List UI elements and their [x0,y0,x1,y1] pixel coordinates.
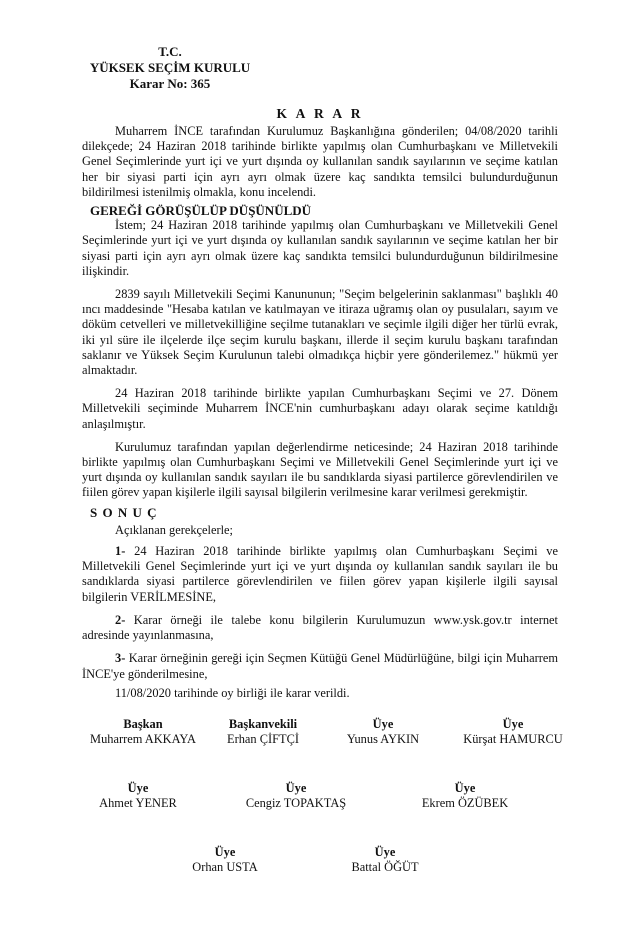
decision-item: 1- 24 Haziran 2018 tarihinde birlikte ya… [82,544,558,605]
signature-block: Başkan Muharrem AKKAYA [88,717,198,747]
signatory-name: Yunus AYKIN [338,732,428,747]
signatory-role: Üye [458,717,568,732]
section2-lead: Açıklanan gerekçelerle; [82,523,558,538]
signatory-role: Üye [180,845,270,860]
section1-paragraph: İstem; 24 Haziran 2018 tarihinde yapılmı… [82,218,558,279]
signatory-name: Kürşat HAMURCU [458,732,568,747]
signature-block: Üye Kürşat HAMURCU [458,717,568,747]
signatory-role: Üye [338,717,428,732]
intro-paragraph: Muharrem İNCE tarafından Kurulumuz Başka… [82,124,558,200]
signature-block: Üye Cengiz TOPAKTAŞ [236,781,356,811]
signatory-name: Ekrem ÖZÜBEK [410,796,520,811]
decision-number: 3- [115,651,125,665]
signatory-name: Erhan ÇİFTÇİ [218,732,308,747]
document-body: Muharrem İNCE tarafından Kurulumuz Başka… [82,124,558,701]
decision-text: Karar örneğinin gereği için Seçmen Kütüğ… [82,651,558,680]
signatory-role: Başkanvekili [218,717,308,732]
section1-paragraph: 24 Haziran 2018 tarihinde birlikte yapıl… [82,386,558,432]
signatory-role: Üye [410,781,520,796]
decision-item: 2- Karar örneği ile talebe konu bilgiler… [82,613,558,643]
signature-block: Üye Ekrem ÖZÜBEK [410,781,520,811]
signatory-name: Cengiz TOPAKTAŞ [236,796,356,811]
signatory-role: Üye [236,781,356,796]
section1-paragraph: Kurulumuz tarafından yapılan değerlendir… [82,440,558,501]
signatory-role: Üye [340,845,430,860]
document-page: T.C. YÜKSEK SEÇİM KURULU Karar No: 365 K… [0,0,640,929]
decision-number: 1- [115,544,125,558]
header-state: T.C. [0,44,340,60]
document-title: K A R A R [0,106,640,122]
signatory-name: Orhan USTA [180,860,270,875]
closing-line: 11/08/2020 tarihinde oy birliği ile kara… [82,686,558,701]
document-header: T.C. YÜKSEK SEÇİM KURULU Karar No: 365 [0,44,340,92]
signature-block: Üye Battal ÖĞÜT [340,845,430,875]
signatory-name: Ahmet YENER [88,796,188,811]
decision-text: 24 Haziran 2018 tarihinde birlikte yapıl… [82,544,558,604]
signatory-name: Battal ÖĞÜT [340,860,430,875]
decision-item: 3- Karar örneğinin gereği için Seçmen Kü… [82,651,558,681]
signature-block: Başkanvekili Erhan ÇİFTÇİ [218,717,308,747]
header-decision-number: Karar No: 365 [0,76,340,92]
signature-block: Üye Yunus AYKIN [338,717,428,747]
header-institution: YÜKSEK SEÇİM KURULU [0,60,340,76]
section1-paragraph: 2839 sayılı Milletvekili Seçimi Kanununu… [82,287,558,378]
signature-block: Üye Orhan USTA [180,845,270,875]
signatory-name: Muharrem AKKAYA [88,732,198,747]
section2-heading: S O N U Ç [82,505,558,520]
signatory-role: Başkan [88,717,198,732]
decision-text: Karar örneği ile talebe konu bilgilerin … [82,613,558,642]
signature-block: Üye Ahmet YENER [88,781,188,811]
section1-heading: GEREĞİ GÖRÜŞÜLÜP DÜŞÜNÜLDÜ [82,203,558,218]
signatory-role: Üye [88,781,188,796]
decision-number: 2- [115,613,125,627]
